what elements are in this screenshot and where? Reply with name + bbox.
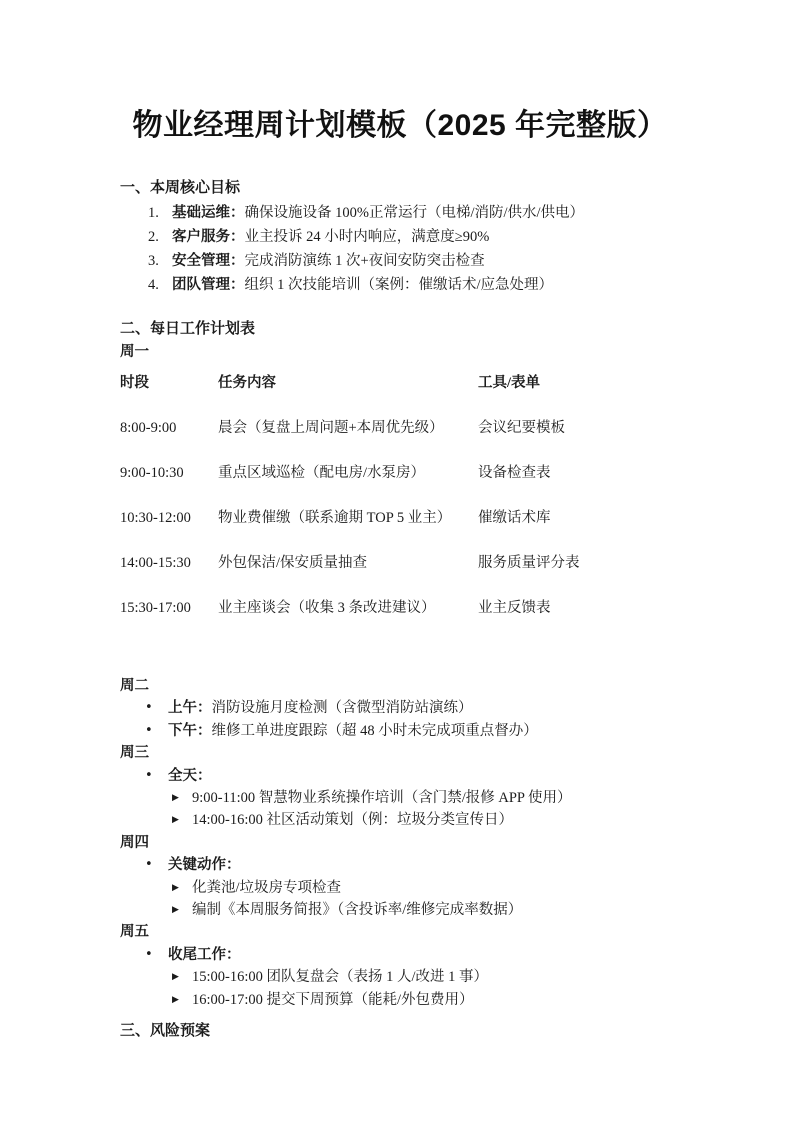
table-cell-time: 14:00-15:30 [120,553,218,598]
plan-sub-bullet: ▶ 9:00-11:00 智慧物业系统操作培训（含门禁/报修 APP 使用） [120,787,680,809]
day-label-thursday: 周四 [120,832,680,854]
plan-bullet: • 收尾工作： [120,944,680,966]
table-cell-task: 重点区域巡检（配电房/水泵房） [218,463,478,508]
triangle-bullet-icon: ▶ [172,989,192,1011]
table-cell-task: 外包保洁/保安质量抽查 [218,553,478,598]
document-title: 物业经理周计划模板（2025 年完整版） [120,0,680,146]
table-cell-tool: 服务质量评分表 [478,553,680,598]
bullet-text: 下午：维修工单进度跟踪（超 48 小时未完成项重点督办） [168,720,538,742]
plan-sub-bullet: ▶ 15:00-16:00 团队复盘会（表扬 1 人/改进 1 事） [120,966,680,988]
sub-bullet-text: 15:00-16:00 团队复盘会（表扬 1 人/改进 1 事） [192,966,488,988]
goal-text: 基础运维：确保设施设备 100%正常运行（电梯/消防/供水/供电） [172,201,584,225]
plan-bullet: • 下午：维修工单进度跟踪（超 48 小时未完成项重点督办） [120,720,680,742]
bullet-icon: • [145,854,168,876]
table-cell-task: 物业费催缴（联系逾期 TOP 5 业主） [218,508,478,553]
table-cell-tool: 业主反馈表 [478,598,680,643]
table-cell-task: 业主座谈会（收集 3 条改进建议） [218,598,478,643]
table-cell-tool: 设备检查表 [478,463,680,508]
table-header-tool: 工具/表单 [478,373,680,418]
sub-bullet-text: 9:00-11:00 智慧物业系统操作培训（含门禁/报修 APP 使用） [192,787,572,809]
goals-list: 1. 基础运维：确保设施设备 100%正常运行（电梯/消防/供水/供电） 2. … [120,201,680,297]
day-label-monday: 周一 [120,341,680,363]
plan-sub-bullet: ▶ 14:00-16:00 社区活动策划（例：垃圾分类宣传日） [120,809,680,831]
sub-bullet-text: 16:00-17:00 提交下周预算（能耗/外包费用） [192,989,474,1011]
bullet-icon: • [145,944,168,966]
goal-text: 客户服务：业主投诉 24 小时内响应，满意度≥90% [172,225,489,249]
plan-bullet: • 上午：消防设施月度检测（含微型消防站演练） [120,697,680,719]
goal-number: 2. [148,225,172,249]
bullet-text: 收尾工作： [168,944,241,966]
plan-sub-bullet: ▶ 化粪池/垃圾房专项检查 [120,877,680,899]
bullet-icon: • [145,697,168,719]
plan-bullet: • 关键动作： [120,854,680,876]
sub-bullet-text: 编制《本周服务简报》（含投诉率/维修完成率数据） [192,899,522,921]
table-cell-tool: 催缴话术库 [478,508,680,553]
goal-item: 3. 安全管理：完成消防演练 1 次+夜间安防突击检查 [120,249,680,273]
goal-item: 1. 基础运维：确保设施设备 100%正常运行（电梯/消防/供水/供电） [120,201,680,225]
bullet-text: 全天： [168,765,212,787]
goal-number: 3. [148,249,172,273]
goal-text: 安全管理：完成消防演练 1 次+夜间安防突击检查 [172,249,485,273]
bullet-text: 关键动作： [168,854,241,876]
section-heading-risk: 三、风险预案 [120,1021,680,1041]
triangle-bullet-icon: ▶ [172,966,192,988]
day-label-wednesday: 周三 [120,742,680,764]
goal-item: 2. 客户服务：业主投诉 24 小时内响应，满意度≥90% [120,225,680,249]
triangle-bullet-icon: ▶ [172,787,192,809]
section-heading-goals: 一、本周核心目标 [120,178,680,198]
triangle-bullet-icon: ▶ [172,809,192,831]
goal-number: 1. [148,201,172,225]
day-label-tuesday: 周二 [120,675,680,697]
plan-sub-bullet: ▶ 编制《本周服务简报》（含投诉率/维修完成率数据） [120,899,680,921]
triangle-bullet-icon: ▶ [172,877,192,899]
bullet-text: 上午：消防设施月度检测（含微型消防站演练） [168,697,473,719]
table-cell-task: 晨会（复盘上周问题+本周优先级） [218,418,478,463]
day-label-friday: 周五 [120,921,680,943]
goal-item: 4. 团队管理：组织 1 次技能培训（案例：催缴话术/应急处理） [120,273,680,297]
section-heading-plan: 二、每日工作计划表 [120,319,680,339]
plan-bullet: • 全天： [120,765,680,787]
table-cell-time: 10:30-12:00 [120,508,218,553]
bullet-icon: • [145,765,168,787]
table-header-task: 任务内容 [218,373,478,418]
table-cell-tool: 会议纪要模板 [478,418,680,463]
goal-number: 4. [148,273,172,297]
sub-bullet-text: 14:00-16:00 社区活动策划（例：垃圾分类宣传日） [192,809,513,831]
triangle-bullet-icon: ▶ [172,899,192,921]
monday-schedule-table: 时段 任务内容 工具/表单 8:00-9:00 晨会（复盘上周问题+本周优先级）… [120,373,680,643]
table-cell-time: 9:00-10:30 [120,463,218,508]
weekday-plans: 周二 • 上午：消防设施月度检测（含微型消防站演练） • 下午：维修工单进度跟踪… [120,675,680,1011]
table-cell-time: 15:30-17:00 [120,598,218,643]
plan-sub-bullet: ▶ 16:00-17:00 提交下周预算（能耗/外包费用） [120,989,680,1011]
sub-bullet-text: 化粪池/垃圾房专项检查 [192,877,341,899]
table-cell-time: 8:00-9:00 [120,418,218,463]
table-header-time: 时段 [120,373,218,418]
document-page: 物业经理周计划模板（2025 年完整版） 一、本周核心目标 1. 基础运维：确保… [0,0,800,1041]
goal-text: 团队管理：组织 1 次技能培训（案例：催缴话术/应急处理） [172,273,553,297]
bullet-icon: • [145,720,168,742]
